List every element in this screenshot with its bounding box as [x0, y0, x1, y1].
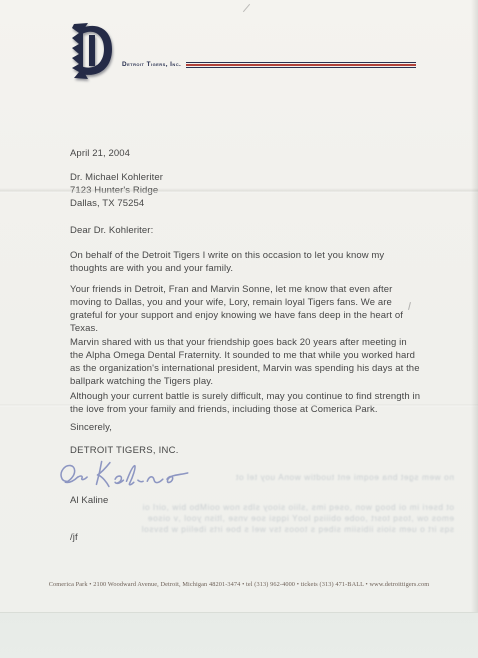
- signature-ink-icon: [56, 454, 196, 494]
- text-line: grateful for your support and enjoy know…: [70, 309, 403, 322]
- text-line: thoughts are with you and your family.: [70, 262, 384, 275]
- letterhead-rule: [186, 62, 416, 68]
- letter-date: April 21, 2004: [70, 147, 130, 160]
- rule-red-middle: [186, 64, 416, 65]
- scanned-letter: Detroit Tigers, Inc. April 21, 2004 Dr. …: [0, 0, 478, 658]
- text-line: Marvin shared with us that your friendsh…: [70, 336, 420, 349]
- bleed-through-text-block: ot bseri im oi boog won ,oseq ims ,sliio…: [102, 502, 454, 534]
- detroit-tigers-old-english-d-logo: [66, 21, 116, 80]
- text-line: emos ow ,tosq tosrt ,oobe obiiisq looY i…: [102, 513, 454, 524]
- text-line: the Alpha Omega Dental Fraternity. It so…: [70, 349, 420, 362]
- paragraph-4: Although your current battle is surely d…: [70, 390, 420, 416]
- text-line: sqs irt o uem siois iibisiim sibeq s too…: [102, 524, 454, 535]
- text-line: Dr. Michael Kohleriter: [70, 171, 163, 184]
- text-line: Dallas, TX 75254: [70, 197, 163, 210]
- text-line: ballpark watching the Tigers play.: [70, 375, 420, 388]
- paragraph-1: On behalf of the Detroit Tigers I write …: [70, 249, 384, 275]
- letterhead-brand-line: Detroit Tigers, Inc.: [122, 61, 416, 68]
- scanner-background: [0, 613, 478, 658]
- text-line: moving to Dallas, you and your wife, Lor…: [70, 296, 403, 309]
- text-line: On behalf of the Detroit Tigers I write …: [70, 249, 384, 262]
- rule-navy-bottom: [186, 67, 416, 68]
- paragraph-3: Marvin shared with us that your friendsh…: [70, 336, 420, 388]
- text-line: as the organization's international pres…: [70, 362, 420, 375]
- fold-crease: [0, 404, 478, 407]
- pen-mark: [408, 302, 411, 310]
- bleed-through-text: no wem sget bna eoqmi ent tuodtiw wonA u…: [182, 472, 454, 483]
- text-line: ot bseri im oi boog won ,oseq ims ,sliio…: [102, 502, 454, 513]
- salutation: Dear Dr. Kohleriter:: [70, 224, 153, 237]
- rule-navy-top: [186, 62, 416, 63]
- old-english-d-icon: [66, 21, 116, 80]
- company-name: Detroit Tigers, Inc.: [122, 61, 181, 68]
- text-line: Texas.: [70, 322, 403, 335]
- al-kaline-signature: [56, 454, 196, 494]
- paragraph-2: Your friends in Detroit, Fran and Marvin…: [70, 283, 403, 335]
- typist-initials: /jf: [70, 531, 78, 544]
- scan-scratch: [243, 4, 250, 12]
- text-line: Although your current battle is surely d…: [70, 390, 420, 403]
- letter-page: Detroit Tigers, Inc. April 21, 2004 Dr. …: [0, 0, 478, 613]
- paper-edge-shadow: [471, 0, 478, 612]
- text-line: Your friends in Detroit, Fran and Marvin…: [70, 283, 403, 296]
- closing: Sincerely,: [70, 421, 112, 434]
- fold-crease: [0, 188, 478, 193]
- letterhead-footer: Comerica Park • 2100 Woodward Avenue, De…: [0, 581, 478, 588]
